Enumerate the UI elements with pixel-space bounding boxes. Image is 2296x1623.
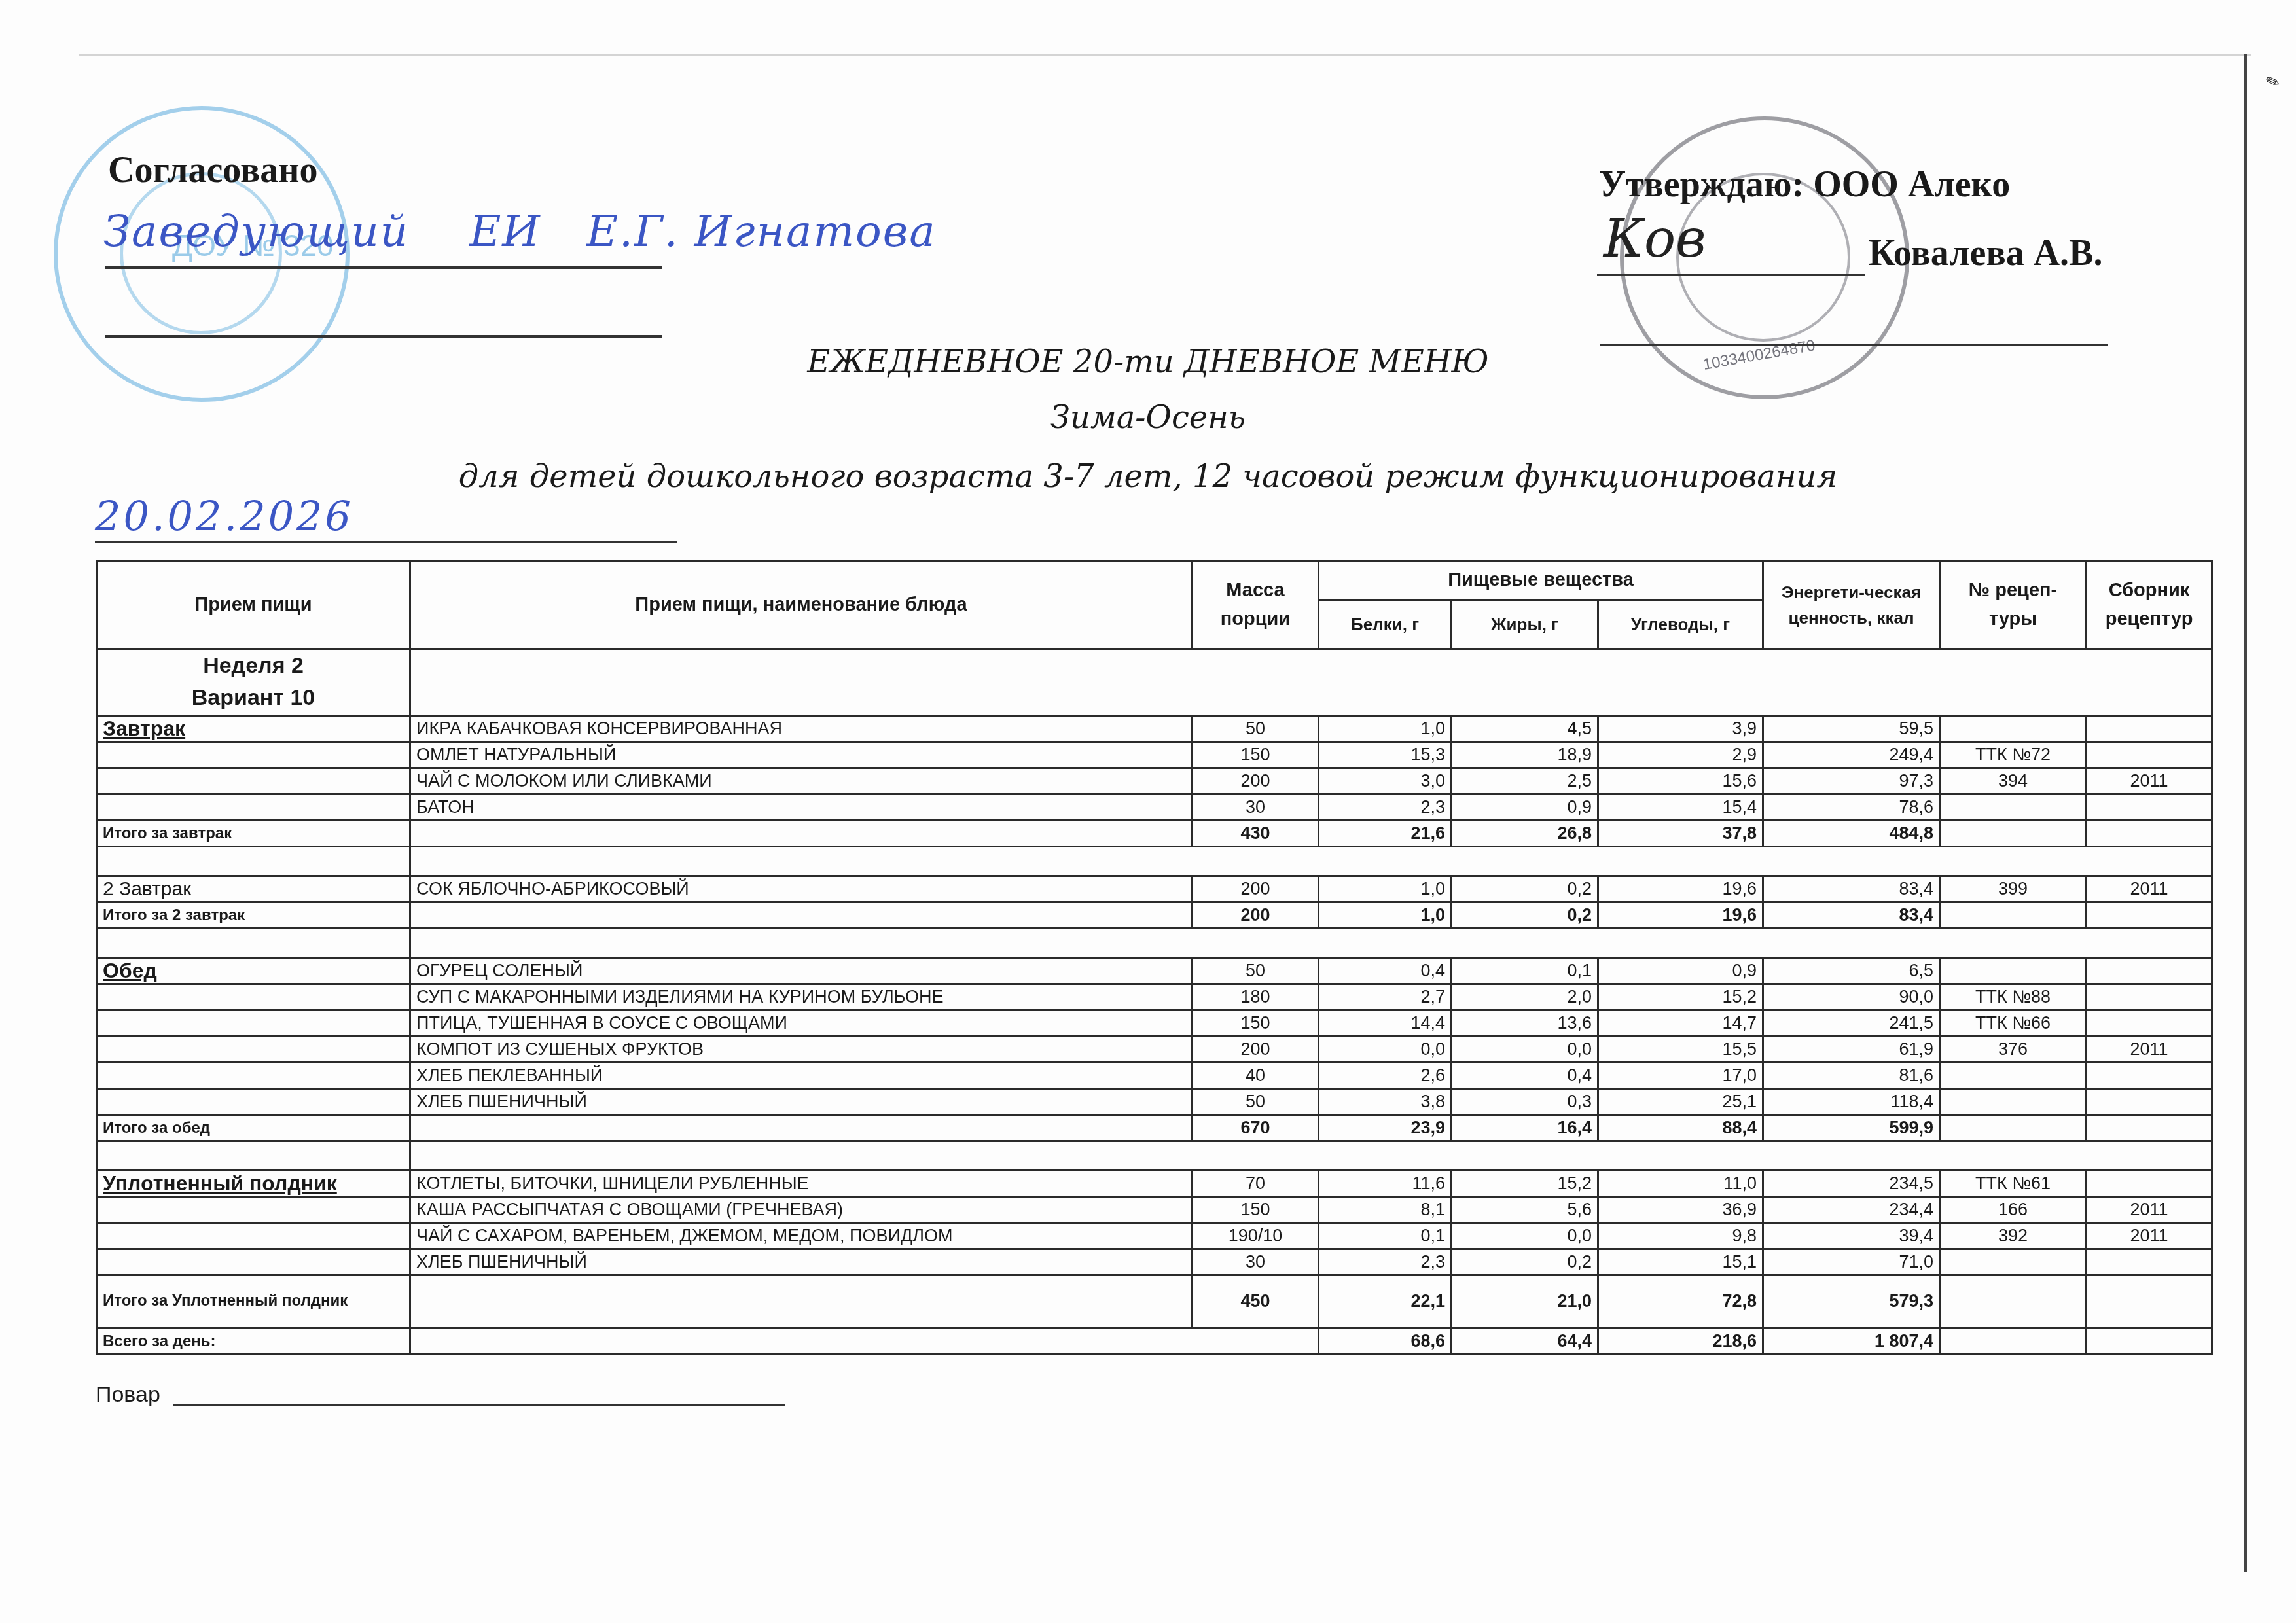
dish-carbs: 14,7 — [1598, 1010, 1763, 1036]
dish-fat: 4,5 — [1452, 715, 1598, 741]
dish-protein: 14,4 — [1319, 1010, 1452, 1036]
table-row: ЧАЙ С САХАРОМ, ВАРЕНЬЕМ, ДЖЕМОМ, МЕДОМ, … — [97, 1222, 2212, 1249]
dish-recipe-no — [1940, 1249, 2087, 1275]
subtotal-blank — [410, 1115, 1193, 1141]
spacer-cell — [97, 846, 410, 876]
subtotal-label: Итого за обед — [97, 1115, 410, 1141]
dish-mass: 180 — [1193, 984, 1319, 1010]
meal-label-empty — [97, 1062, 410, 1088]
dish-carbs: 0,9 — [1598, 957, 1763, 984]
meal-label: 2 Завтрак — [97, 876, 410, 902]
dish-mass: 150 — [1193, 1010, 1319, 1036]
header-meal: Прием пищи — [97, 562, 410, 649]
subtotal-fat: 16,4 — [1452, 1115, 1598, 1141]
dish-carbs: 2,9 — [1598, 741, 1763, 768]
dish-collection — [2087, 1170, 2212, 1196]
dish-name: ИКРА КАБАЧКОВАЯ КОНСЕРВИРОВАННАЯ — [410, 715, 1193, 741]
header-carbs: Углеводы, г — [1598, 600, 1763, 649]
day-total-recipe-blank — [1940, 1328, 2087, 1354]
subtotal-blank — [410, 820, 1193, 846]
dish-mass: 70 — [1193, 1170, 1319, 1196]
meal-label-empty — [97, 984, 410, 1010]
header-recipe-no: № рецеп-туры — [1940, 562, 2087, 649]
header-dish: Прием пищи, наименование блюда — [410, 562, 1193, 649]
dish-energy: 249,4 — [1763, 741, 1940, 768]
page-right-rule — [2244, 54, 2247, 1572]
subtotal-carbs: 37,8 — [1598, 820, 1763, 846]
dish-energy: 78,6 — [1763, 794, 1940, 820]
dish-mass: 40 — [1193, 1062, 1319, 1088]
subtotal-energy: 83,4 — [1763, 902, 1940, 928]
dish-carbs: 15,5 — [1598, 1036, 1763, 1062]
spacer-row — [97, 846, 2212, 876]
subtotal-fat: 0,2 — [1452, 902, 1598, 928]
dish-mass: 200 — [1193, 876, 1319, 902]
dish-mass: 30 — [1193, 794, 1319, 820]
approval-left-label: Согласовано — [108, 149, 317, 191]
dish-name: ХЛЕБ ПЕКЛЕВАННЫЙ — [410, 1062, 1193, 1088]
meal-label: Завтрак — [97, 715, 410, 741]
table-row: ХЛЕБ ПШЕНИЧНЫЙ503,80,325,1118,4 — [97, 1088, 2212, 1115]
week-number: Неделя 2 — [103, 650, 404, 682]
dish-carbs: 11,0 — [1598, 1170, 1763, 1196]
table-row: ОМЛЕТ НАТУРАЛЬНЫЙ15015,318,92,9249,4ТТК … — [97, 741, 2212, 768]
subtotal-row: Итого за 2 завтрак2001,00,219,683,4 — [97, 902, 2212, 928]
signature-left-mark: ЕИ — [469, 206, 541, 257]
subtotal-collection-blank — [2087, 1115, 2212, 1141]
dish-recipe-no: 392 — [1940, 1222, 2087, 1249]
dish-fat: 0,2 — [1452, 876, 1598, 902]
table-row: КАША РАССЫПЧАТАЯ С ОВОЩАМИ (ГРЕЧНЕВАЯ)15… — [97, 1196, 2212, 1222]
dish-name: ОГУРЕЦ СОЛЕНЫЙ — [410, 957, 1193, 984]
dish-collection: 2011 — [2087, 768, 2212, 794]
meal-label-empty — [97, 794, 410, 820]
dish-fat: 2,0 — [1452, 984, 1598, 1010]
dish-mass: 30 — [1193, 1249, 1319, 1275]
table-row: ХЛЕБ ПЕКЛЕВАННЫЙ402,60,417,081,6 — [97, 1062, 2212, 1088]
dish-name: СОК ЯБЛОЧНО-АБРИКОСОВЫЙ — [410, 876, 1193, 902]
dish-collection — [2087, 957, 2212, 984]
day-total-collection-blank — [2087, 1328, 2212, 1354]
dish-energy: 234,4 — [1763, 1196, 1940, 1222]
subtotal-blank — [410, 902, 1193, 928]
dish-recipe-no: 166 — [1940, 1196, 2087, 1222]
header-collection: Сборник рецептур — [2087, 562, 2212, 649]
dish-energy: 81,6 — [1763, 1062, 1940, 1088]
dish-carbs: 19,6 — [1598, 876, 1763, 902]
meal-label: Обед — [97, 957, 410, 984]
spacer-row — [97, 928, 2212, 957]
dish-name: КАША РАССЫПЧАТАЯ С ОВОЩАМИ (ГРЕЧНЕВАЯ) — [410, 1196, 1193, 1222]
signature-left: Заведующий ЕИ Е.Г. Игнатова — [103, 206, 937, 257]
week-row: Неделя 2 Вариант 10 — [97, 649, 2212, 716]
subtotal-protein: 23,9 — [1319, 1115, 1452, 1141]
approval-right-name: Ковалева А.В. — [1869, 232, 2102, 274]
day-total-carbs: 218,6 — [1598, 1328, 1763, 1354]
dish-recipe-no: 399 — [1940, 876, 2087, 902]
dish-fat: 18,9 — [1452, 741, 1598, 768]
dish-name: ХЛЕБ ПШЕНИЧНЫЙ — [410, 1249, 1193, 1275]
dish-name: БАТОН — [410, 794, 1193, 820]
dish-energy: 83,4 — [1763, 876, 1940, 902]
subtotal-protein: 22,1 — [1319, 1275, 1452, 1328]
subtotal-collection-blank — [2087, 902, 2212, 928]
document-subtitle: для детей дошкольного возраста 3-7 лет, … — [0, 458, 2296, 495]
subtotal-label: Итого за завтрак — [97, 820, 410, 846]
signature-right: Ков — [1604, 208, 1706, 269]
meal-label-empty — [97, 1036, 410, 1062]
dish-energy: 118,4 — [1763, 1088, 1940, 1115]
menu-table: Прием пищи Прием пищи, наименование блюд… — [96, 560, 2213, 1355]
dish-protein: 0,1 — [1319, 1222, 1452, 1249]
week-row-blank — [410, 649, 2212, 716]
dish-recipe-no: 394 — [1940, 768, 2087, 794]
dish-energy: 6,5 — [1763, 957, 1940, 984]
subtotal-recipe-blank — [1940, 902, 2087, 928]
day-total-protein: 68,6 — [1319, 1328, 1452, 1354]
signature-left-name: Е.Г. Игнатова — [586, 206, 937, 257]
document-season: Зима-Осень — [0, 399, 2296, 436]
dish-mass: 190/10 — [1193, 1222, 1319, 1249]
dish-carbs: 15,4 — [1598, 794, 1763, 820]
table-row: СУП С МАКАРОННЫМИ ИЗДЕЛИЯМИ НА КУРИНОМ Б… — [97, 984, 2212, 1010]
table-row: БАТОН302,30,915,478,6 — [97, 794, 2212, 820]
subtotal-row: Итого за Уплотненный полдник45022,121,07… — [97, 1275, 2212, 1328]
subtotal-energy: 484,8 — [1763, 820, 1940, 846]
meal-label-empty — [97, 1222, 410, 1249]
dish-fat: 0,3 — [1452, 1088, 1598, 1115]
dish-collection — [2087, 1010, 2212, 1036]
handwritten-date: 20.02.2026 — [95, 492, 353, 540]
dish-recipe-no — [1940, 957, 2087, 984]
dish-fat: 2,5 — [1452, 768, 1598, 794]
subtotal-energy: 599,9 — [1763, 1115, 1940, 1141]
header-mass: Масса порции — [1193, 562, 1319, 649]
dish-energy: 39,4 — [1763, 1222, 1940, 1249]
dish-carbs: 15,6 — [1598, 768, 1763, 794]
dish-recipe-no: ТТК №88 — [1940, 984, 2087, 1010]
subtotal-carbs: 72,8 — [1598, 1275, 1763, 1328]
dish-name: ЧАЙ С САХАРОМ, ВАРЕНЬЕМ, ДЖЕМОМ, МЕДОМ, … — [410, 1222, 1193, 1249]
dish-protein: 0,4 — [1319, 957, 1452, 984]
meal-label-empty — [97, 768, 410, 794]
dish-recipe-no — [1940, 715, 2087, 741]
approval-right-label: Утверждаю: ООО Алеко — [1599, 164, 2010, 205]
header-nutrients: Пищевые вещества — [1319, 562, 1763, 600]
signature-line — [1597, 274, 1865, 276]
day-total-row: Всего за день:68,664,4218,61 807,4 — [97, 1328, 2212, 1354]
spacer-cell — [410, 928, 2212, 957]
subtotal-row: Итого за обед67023,916,488,4599,9 — [97, 1115, 2212, 1141]
subtotal-energy: 579,3 — [1763, 1275, 1940, 1328]
dish-fat: 5,6 — [1452, 1196, 1598, 1222]
corner-mark: ✎ — [2263, 70, 2283, 94]
dish-recipe-no — [1940, 794, 2087, 820]
dish-recipe-no: ТТК №66 — [1940, 1010, 2087, 1036]
dish-protein: 2,3 — [1319, 794, 1452, 820]
subtotal-collection-blank — [2087, 1275, 2212, 1328]
subtotal-mass: 450 — [1193, 1275, 1319, 1328]
dish-protein: 0,0 — [1319, 1036, 1452, 1062]
dish-carbs: 15,2 — [1598, 984, 1763, 1010]
dish-recipe-no: 376 — [1940, 1036, 2087, 1062]
dish-protein: 1,0 — [1319, 876, 1452, 902]
dish-protein: 2,3 — [1319, 1249, 1452, 1275]
cook-label: Повар — [96, 1382, 160, 1408]
dish-carbs: 36,9 — [1598, 1196, 1763, 1222]
subtotal-collection-blank — [2087, 820, 2212, 846]
dish-mass: 150 — [1193, 1196, 1319, 1222]
dish-energy: 61,9 — [1763, 1036, 1940, 1062]
dish-collection — [2087, 1249, 2212, 1275]
dish-carbs: 9,8 — [1598, 1222, 1763, 1249]
subtotal-carbs: 19,6 — [1598, 902, 1763, 928]
spacer-cell — [410, 1141, 2212, 1170]
dish-energy: 90,0 — [1763, 984, 1940, 1010]
meal-label-empty — [97, 1196, 410, 1222]
meal-label-empty — [97, 1010, 410, 1036]
subtotal-protein: 1,0 — [1319, 902, 1452, 928]
subtotal-row: Итого за завтрак43021,626,837,8484,8 — [97, 820, 2212, 846]
dish-protein: 2,7 — [1319, 984, 1452, 1010]
dish-carbs: 15,1 — [1598, 1249, 1763, 1275]
signature-line — [105, 335, 662, 338]
table-row: 2 ЗавтракСОК ЯБЛОЧНО-АБРИКОСОВЫЙ2001,00,… — [97, 876, 2212, 902]
subtotal-recipe-blank — [1940, 820, 2087, 846]
subtotal-carbs: 88,4 — [1598, 1115, 1763, 1141]
dish-protein: 8,1 — [1319, 1196, 1452, 1222]
dish-name: ОМЛЕТ НАТУРАЛЬНЫЙ — [410, 741, 1193, 768]
dish-mass: 50 — [1193, 715, 1319, 741]
day-total-fat: 64,4 — [1452, 1328, 1598, 1354]
dish-name: ПТИЦА, ТУШЕННАЯ В СОУСЕ С ОВОЩАМИ — [410, 1010, 1193, 1036]
dish-fat: 0,0 — [1452, 1036, 1598, 1062]
dish-recipe-no: ТТК №72 — [1940, 741, 2087, 768]
date-line — [95, 541, 677, 543]
document-title: ЕЖЕДНЕВНОЕ 20-ти ДНЕВНОЕ МЕНЮ — [0, 344, 2296, 380]
meal-label-empty — [97, 1088, 410, 1115]
dish-fat: 0,2 — [1452, 1249, 1598, 1275]
dish-name: ЧАЙ С МОЛОКОМ ИЛИ СЛИВКАМИ — [410, 768, 1193, 794]
spacer-cell — [410, 846, 2212, 876]
dish-collection: 2011 — [2087, 1222, 2212, 1249]
dish-collection — [2087, 1088, 2212, 1115]
table-row: ХЛЕБ ПШЕНИЧНЫЙ302,30,215,171,0 — [97, 1249, 2212, 1275]
dish-carbs: 25,1 — [1598, 1088, 1763, 1115]
dish-mass: 50 — [1193, 957, 1319, 984]
dish-carbs: 17,0 — [1598, 1062, 1763, 1088]
dish-fat: 0,1 — [1452, 957, 1598, 984]
dish-protein: 2,6 — [1319, 1062, 1452, 1088]
spacer-row — [97, 1141, 2212, 1170]
table-row: КОМПОТ ИЗ СУШЕНЫХ ФРУКТОВ2000,00,015,561… — [97, 1036, 2212, 1062]
subtotal-mass: 670 — [1193, 1115, 1319, 1141]
week-label: Неделя 2 Вариант 10 — [97, 649, 410, 716]
table-row: ЧАЙ С МОЛОКОМ ИЛИ СЛИВКАМИ2003,02,515,69… — [97, 768, 2212, 794]
subtotal-mass: 200 — [1193, 902, 1319, 928]
subtotal-mass: 430 — [1193, 820, 1319, 846]
table-row: ОбедОГУРЕЦ СОЛЕНЫЙ500,40,10,96,5 — [97, 957, 2212, 984]
dish-fat: 15,2 — [1452, 1170, 1598, 1196]
dish-name: СУП С МАКАРОННЫМИ ИЗДЕЛИЯМИ НА КУРИНОМ Б… — [410, 984, 1193, 1010]
meal-label-empty — [97, 1249, 410, 1275]
table-row: ЗавтракИКРА КАБАЧКОВАЯ КОНСЕРВИРОВАННАЯ5… — [97, 715, 2212, 741]
variant-number: Вариант 10 — [103, 682, 404, 714]
subtotal-label: Итого за 2 завтрак — [97, 902, 410, 928]
dish-recipe-no: ТТК №61 — [1940, 1170, 2087, 1196]
dish-energy: 59,5 — [1763, 715, 1940, 741]
day-total-blank — [410, 1328, 1319, 1354]
table-row: ПТИЦА, ТУШЕННАЯ В СОУСЕ С ОВОЩАМИ15014,4… — [97, 1010, 2212, 1036]
dish-collection — [2087, 715, 2212, 741]
dish-collection — [2087, 1062, 2212, 1088]
dish-fat: 0,9 — [1452, 794, 1598, 820]
dish-collection: 2011 — [2087, 1036, 2212, 1062]
subtotal-blank — [410, 1275, 1193, 1328]
cook-signature-line — [173, 1404, 785, 1406]
dish-protein: 3,0 — [1319, 768, 1452, 794]
header-protein: Белки, г — [1319, 600, 1452, 649]
spacer-cell — [97, 1141, 410, 1170]
dish-energy: 241,5 — [1763, 1010, 1940, 1036]
table-row: Уплотненный полдникКОТЛЕТЫ, БИТОЧКИ, ШНИ… — [97, 1170, 2212, 1196]
dish-collection: 2011 — [2087, 876, 2212, 902]
meal-label-empty — [97, 741, 410, 768]
spacer-cell — [97, 928, 410, 957]
dish-fat: 0,0 — [1452, 1222, 1598, 1249]
dish-protein: 3,8 — [1319, 1088, 1452, 1115]
header-fat: Жиры, г — [1452, 600, 1598, 649]
day-total-label: Всего за день: — [97, 1328, 410, 1354]
subtotal-recipe-blank — [1940, 1115, 2087, 1141]
dish-collection: 2011 — [2087, 1196, 2212, 1222]
dish-protein: 11,6 — [1319, 1170, 1452, 1196]
signature-line — [105, 266, 662, 269]
subtotal-recipe-blank — [1940, 1275, 2087, 1328]
dish-recipe-no — [1940, 1062, 2087, 1088]
subtotal-fat: 21,0 — [1452, 1275, 1598, 1328]
dish-energy: 234,5 — [1763, 1170, 1940, 1196]
subtotal-protein: 21,6 — [1319, 820, 1452, 846]
dish-name: КОМПОТ ИЗ СУШЕНЫХ ФРУКТОВ — [410, 1036, 1193, 1062]
dish-protein: 15,3 — [1319, 741, 1452, 768]
dish-energy: 97,3 — [1763, 768, 1940, 794]
dish-mass: 50 — [1193, 1088, 1319, 1115]
dish-collection — [2087, 984, 2212, 1010]
page-top-rule — [79, 54, 2251, 56]
dish-mass: 200 — [1193, 768, 1319, 794]
dish-carbs: 3,9 — [1598, 715, 1763, 741]
day-total-energy: 1 807,4 — [1763, 1328, 1940, 1354]
dish-collection — [2087, 741, 2212, 768]
subtotal-fat: 26,8 — [1452, 820, 1598, 846]
dish-collection — [2087, 794, 2212, 820]
dish-name: ХЛЕБ ПШЕНИЧНЫЙ — [410, 1088, 1193, 1115]
dish-energy: 71,0 — [1763, 1249, 1940, 1275]
dish-fat: 0,4 — [1452, 1062, 1598, 1088]
dish-fat: 13,6 — [1452, 1010, 1598, 1036]
dish-mass: 150 — [1193, 741, 1319, 768]
signature-left-position: Заведующий — [103, 206, 409, 257]
meal-label: Уплотненный полдник — [97, 1170, 410, 1196]
dish-protein: 1,0 — [1319, 715, 1452, 741]
dish-mass: 200 — [1193, 1036, 1319, 1062]
header-energy: Энергети-ческая ценность, ккал — [1763, 562, 1940, 649]
subtotal-label: Итого за Уплотненный полдник — [97, 1275, 410, 1328]
dish-name: КОТЛЕТЫ, БИТОЧКИ, ШНИЦЕЛИ РУБЛЕННЫЕ — [410, 1170, 1193, 1196]
dish-recipe-no — [1940, 1088, 2087, 1115]
